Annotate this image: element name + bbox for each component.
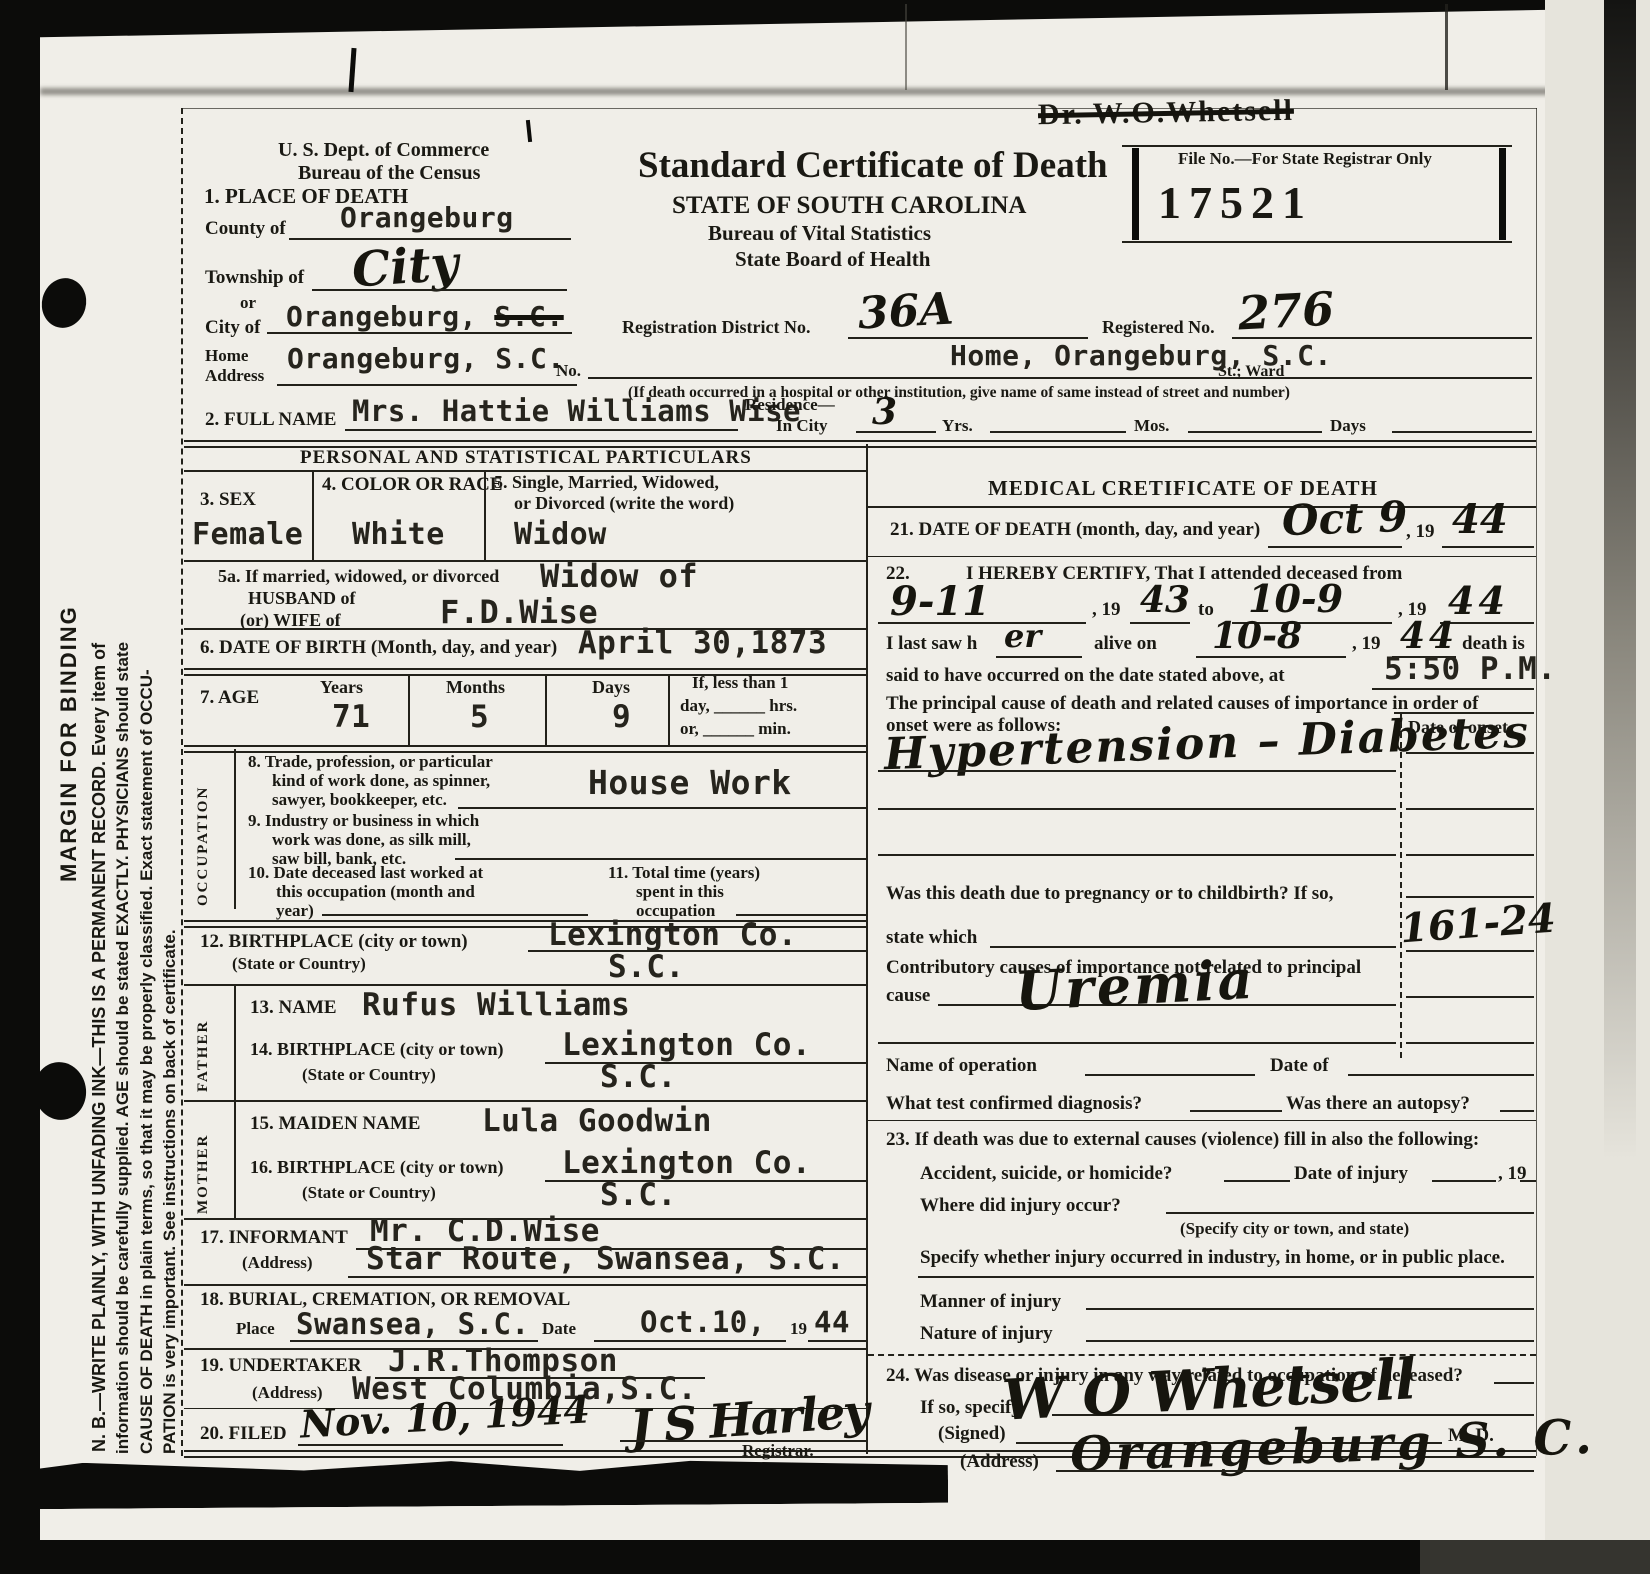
- bureau-line: Bureau of Vital Statistics: [708, 223, 931, 244]
- registered-no-label: Registered No.: [1102, 318, 1215, 336]
- registered-no-value: 276: [1237, 286, 1335, 337]
- stray-mark-1: [348, 48, 356, 92]
- file-box-left-bar: [1132, 148, 1139, 240]
- father-rule: [184, 1100, 866, 1102]
- test-line: [1190, 1110, 1282, 1112]
- race-value: White: [352, 520, 445, 550]
- or-label: or: [240, 294, 256, 311]
- yrs-line: [990, 431, 1126, 433]
- full-name-label: 2. FULL NAME: [205, 410, 336, 429]
- sex-row-rule: [184, 560, 866, 562]
- column-divider: [866, 444, 868, 1454]
- item17-address-label: (Address): [242, 1254, 313, 1271]
- cause-line-1: [878, 770, 1396, 772]
- file-box-bottom: [1122, 241, 1512, 243]
- item14-line: [545, 1062, 866, 1064]
- file-box-top: [1122, 145, 1512, 147]
- agency-line-1: U. S. Dept. of Commerce: [278, 140, 489, 160]
- home-label: Home: [205, 347, 248, 364]
- item21-label: 21. DATE OF DEATH (month, day, and year): [890, 520, 1260, 539]
- item10-label-2: this occupation (month and: [276, 883, 475, 900]
- margin-binding-label: MARGIN FOR BINDING: [58, 462, 80, 882]
- form-top-rule: [181, 108, 1537, 109]
- burial-date-value: Oct.10,: [640, 1308, 766, 1337]
- item17-address-value: Star Route, Swansea, S.C.: [366, 1244, 845, 1275]
- alive-date-handwritten: 10-8: [1212, 618, 1302, 654]
- item21-rule: [868, 556, 1536, 557]
- death-time-line: [1372, 688, 1534, 690]
- item9-label-1: 9. Industry or business in which: [248, 812, 479, 829]
- item11-label-1: 11. Total time (years): [608, 864, 760, 881]
- signed-label: (Signed): [938, 1424, 1006, 1443]
- item12-value-1: Lexington Co.: [548, 920, 797, 951]
- full-name-value: Mrs. Hattie Williams Wise: [352, 397, 801, 426]
- item9-line: [455, 858, 866, 860]
- city-value: Orangeburg, S.C.: [286, 303, 564, 331]
- item19-address-label: (Address): [252, 1384, 323, 1401]
- item10-label-3: year): [276, 902, 314, 919]
- filed-line: [298, 1444, 563, 1446]
- manner-line: [1086, 1308, 1534, 1310]
- item12-sub: (State or Country): [232, 955, 366, 972]
- age-less-1: If, less than 1: [692, 674, 788, 691]
- item8-line: [458, 807, 866, 809]
- city-label: City of: [205, 318, 260, 337]
- date-of-line: [1348, 1074, 1534, 1076]
- age-days-value: 9: [612, 702, 631, 733]
- marital-label-2: or Divorced (write the word): [514, 494, 734, 512]
- scan-bottom-band-right: [1420, 1540, 1650, 1574]
- file-box-label: File No.—For State Registrar Only: [1178, 150, 1432, 167]
- pregnancy-text: Was this death due to pregnancy or to ch…: [886, 884, 1333, 903]
- item5a-label-2: HUSBAND of: [248, 589, 356, 607]
- specify-whether-label: Specify whether injury occurred in indus…: [920, 1248, 1505, 1267]
- cause-line-3: [878, 854, 1396, 856]
- fold-line-1: [905, 4, 907, 90]
- mother-inner-rule: [234, 1102, 236, 1218]
- item21-line-2: [1442, 546, 1534, 548]
- dob-value: April 30,1873: [578, 628, 827, 659]
- burial-date-label: Date: [542, 1320, 576, 1337]
- autopsy-line: [1500, 1110, 1534, 1112]
- contributory-line-2: [878, 1042, 1396, 1044]
- sex-label: 3. SEX: [200, 490, 256, 509]
- item17-label: 17. INFORMANT: [200, 1228, 348, 1247]
- age-div-1: [408, 674, 410, 746]
- specify-whether-line: [918, 1276, 1534, 1278]
- item17-address-line: [348, 1276, 866, 1278]
- death-certificate-scan: MARGIN FOR BINDING N. B.—WRITE PLAINLY, …: [0, 0, 1650, 1574]
- item23-rule: [868, 1354, 1536, 1356]
- age-months-header: Months: [446, 678, 505, 696]
- age-label: 7. AGE: [200, 688, 259, 707]
- filed-date-handwritten: Nov. 10, 1944: [299, 1390, 590, 1443]
- item14-sub: (State or Country): [302, 1066, 436, 1083]
- marital-value: Widow: [514, 520, 607, 550]
- onset-header: Date of onset: [1408, 718, 1508, 736]
- item10-line: [322, 914, 588, 916]
- from-19: , 19: [1092, 600, 1121, 619]
- onset-line-2: [1406, 808, 1534, 810]
- item16-value-1: Lexington Co.: [562, 1148, 811, 1179]
- home-address-line: [277, 384, 577, 386]
- age-months-value: 5: [470, 702, 489, 733]
- attended-from-handwritten: 9-11: [890, 582, 990, 622]
- date-of-label: Date of: [1270, 1056, 1329, 1075]
- nature-line: [1086, 1340, 1534, 1342]
- file-number: 17521: [1158, 180, 1313, 226]
- home-address-value: Orangeburg, S.C.: [287, 345, 565, 373]
- item16-value-2: S.C.: [600, 1180, 677, 1211]
- item15-value: Lula Goodwin: [482, 1106, 712, 1137]
- age-years-value: 71: [332, 702, 370, 733]
- item20-label: 20. FILED: [200, 1424, 287, 1443]
- occupation-inner-rule: [234, 749, 236, 909]
- township-label: Township of: [205, 268, 304, 287]
- item13-value: Rufus Williams: [362, 990, 630, 1021]
- township-value-handwritten: City: [350, 239, 460, 294]
- item5a-label-1: 5a. If married, widowed, or divorced: [218, 567, 499, 585]
- item16-label: 16. BIRTHPLACE (city or town): [250, 1158, 504, 1176]
- item13-label: 13. NAME: [250, 998, 337, 1017]
- death-time-value: 5:50 P.M.: [1384, 654, 1556, 685]
- township-line: [312, 289, 567, 291]
- full-name-line: [345, 429, 738, 431]
- item19-label: 19. UNDERTAKER: [200, 1356, 362, 1375]
- item9-label-2: work was done, as silk mill,: [272, 831, 471, 848]
- agency-line-2: Bureau of the Census: [298, 163, 480, 183]
- in-city-label: In City: [776, 417, 827, 434]
- item12-line: [528, 950, 866, 952]
- medical-title-rule: [868, 506, 1536, 508]
- address-signed-line: [1056, 1470, 1534, 1472]
- autopsy-label: Was there an autopsy?: [1286, 1094, 1470, 1113]
- reg-district-label: Registration District No.: [622, 318, 810, 336]
- place-line: [290, 1340, 538, 1342]
- board-line: State Board of Health: [735, 249, 930, 270]
- days-label: Days: [1330, 417, 1366, 434]
- death-year-handwritten: 44: [1452, 500, 1508, 540]
- item23-label: 23. If death was due to external causes …: [886, 1130, 1479, 1149]
- date-injury-line: [1432, 1180, 1496, 1182]
- age-less-2: day, ______ hrs.: [680, 697, 797, 714]
- item8-label-1: 8. Trade, profession, or particular: [248, 753, 493, 770]
- margin-note-3: CAUSE OF DEATH in plain terms, so that i…: [138, 162, 155, 1454]
- item14-label: 14. BIRTHPLACE (city or town): [250, 1040, 504, 1058]
- nature-label: Nature of injury: [920, 1324, 1053, 1343]
- item10-label-1: 10. Date deceased last worked at: [248, 864, 483, 881]
- ink-blob-top: [36, 273, 91, 333]
- place-value: Swansea, S.C.: [296, 1310, 529, 1339]
- city-name: Orangeburg,: [286, 300, 477, 333]
- age-div-3: [668, 674, 670, 746]
- file-box-right-bar: [1499, 148, 1506, 240]
- onset-line-7: [1406, 1042, 1534, 1044]
- item11-label-2: spent in this: [636, 883, 724, 900]
- mos-line: [1188, 431, 1322, 433]
- date-injury-label: Date of injury: [1294, 1164, 1408, 1183]
- father-inner-rule: [234, 986, 236, 1100]
- place-label: Place: [236, 1320, 275, 1337]
- scan-bottom-band-left: [28, 1457, 948, 1509]
- days-line: [1392, 431, 1532, 433]
- onset-box-left-dashed: [1400, 712, 1402, 1058]
- cause-line-2: [878, 808, 1396, 810]
- death-date-handwritten: Oct 9: [1281, 496, 1408, 542]
- age-years-header: Years: [320, 678, 363, 696]
- last-saw-text: I last saw h: [886, 634, 977, 653]
- scan-left-band: [0, 0, 40, 1574]
- registrar-label: Registrar.: [742, 1442, 814, 1459]
- onset-line-6: [1406, 996, 1534, 998]
- address-label: Address: [205, 367, 264, 384]
- from-year-line: [1130, 622, 1190, 624]
- item8-label-2: kind of work done, as spinner,: [272, 772, 490, 789]
- mos-label: Mos.: [1134, 417, 1169, 434]
- onset-value-handwritten: 161-24: [1399, 899, 1557, 950]
- no-label: No.: [556, 362, 581, 379]
- alive-19: , 19: [1352, 634, 1381, 653]
- principal-text-1: The principal cause of death and related…: [886, 694, 1479, 713]
- to-date-handwritten: 10-9: [1248, 580, 1343, 618]
- county-value: Orangeburg: [340, 204, 514, 232]
- onset-box-top: [1394, 712, 1534, 714]
- onset-line-1: [1406, 752, 1534, 754]
- where-injury-label: Where did injury occur?: [920, 1196, 1121, 1215]
- state-which-text: state which: [886, 928, 977, 947]
- item8-label-3: sawyer, bookkeeper, etc.: [272, 791, 447, 808]
- specify-city-label: (Specify city or town, and state): [1180, 1220, 1409, 1237]
- item15-label: 15. MAIDEN NAME: [250, 1114, 420, 1133]
- age-div-2: [545, 674, 547, 746]
- test-label: What test confirmed diagnosis?: [886, 1094, 1142, 1113]
- in-city-line: [856, 431, 936, 433]
- item16-sub: (State or Country): [302, 1184, 436, 1201]
- scan-top-band: [0, 0, 1650, 40]
- age-less-3: or, ______ min.: [680, 720, 791, 737]
- scan-right-streak: [1604, 0, 1636, 1160]
- operation-line: [1085, 1074, 1255, 1076]
- contributory-handwritten: Uremia: [1014, 952, 1257, 1019]
- sex-race-divider: [312, 470, 314, 562]
- fold-line-2: [1445, 4, 1448, 90]
- reg-district-value: 36A: [857, 288, 955, 337]
- state-line: STATE OF SOUTH CAROLINA: [672, 193, 1026, 218]
- item14-value-1: Lexington Co.: [562, 1030, 811, 1061]
- mother-side-label: MOTHER: [196, 1118, 211, 1214]
- state-which-line: [990, 946, 1396, 948]
- item24-line: [1494, 1382, 1534, 1384]
- in-city-value: 3: [872, 394, 897, 430]
- residence-label: Residence—: [745, 396, 835, 413]
- item16-line: [545, 1180, 866, 1182]
- item5a-label-3: (or) WIFE of: [240, 611, 341, 629]
- institution-value: Home, Orangeburg, S.C.: [950, 342, 1332, 370]
- item17-rule: [184, 1284, 866, 1286]
- injury-19-line: [1520, 1180, 1536, 1182]
- alive-year-handwritten: 44: [1400, 618, 1458, 654]
- race-marital-divider: [484, 470, 486, 562]
- personal-section-title: PERSONAL AND STATISTICAL PARTICULARS: [300, 448, 752, 467]
- county-label: County of: [205, 219, 286, 238]
- item21-19: , 19: [1406, 522, 1435, 541]
- sex-value: Female: [192, 520, 303, 550]
- certificate-title: Standard Certificate of Death: [638, 147, 1108, 184]
- where-injury-line: [1166, 1212, 1534, 1214]
- scan-smudge-line: [40, 88, 1650, 95]
- race-label: 4. COLOR OR RACE: [322, 475, 503, 494]
- operation-label: Name of operation: [886, 1056, 1037, 1075]
- item11-line: [736, 914, 866, 916]
- marital-label-1: 5. Single, Married, Widowed,: [494, 473, 719, 491]
- father-side-label: FATHER: [196, 1000, 211, 1092]
- yrs-label: Yrs.: [942, 417, 973, 434]
- stray-mark-2: [526, 120, 532, 142]
- age-days-header: Days: [592, 678, 630, 696]
- item12-rule: [184, 984, 866, 986]
- burial-year-line: [808, 1340, 866, 1342]
- attended-from-line: [878, 622, 1086, 624]
- city-line: [267, 332, 572, 334]
- item5a-value-2: F.D.Wise: [440, 596, 598, 628]
- item12-label: 12. BIRTHPLACE (city or town): [200, 932, 468, 951]
- scan-bottom-band: [0, 1540, 1420, 1574]
- accident-label: Accident, suicide, or homicide?: [920, 1164, 1172, 1183]
- item14-value-2: S.C.: [600, 1062, 677, 1093]
- from-year-handwritten: 43: [1140, 582, 1190, 618]
- her-handwritten: er: [1004, 620, 1041, 652]
- manner-label: Manner of injury: [920, 1292, 1061, 1311]
- city-struck-state: S.C.: [494, 300, 563, 333]
- crossed-doctor-name: Dr. W.O.Whetsell: [1038, 96, 1294, 130]
- item21-line-1: [1268, 546, 1402, 548]
- item8-value: House Work: [588, 766, 792, 799]
- street-line: [588, 377, 1532, 379]
- occurred-text: said to have occurred on the date stated…: [886, 666, 1285, 685]
- burial-19-label: 19: [790, 1320, 807, 1337]
- dob-label: 6. DATE OF BIRTH (Month, day, and year): [200, 638, 557, 657]
- form-right-border: [1536, 108, 1537, 1456]
- item5a-value-1: Widow of: [540, 560, 698, 592]
- alive-date-line: [1196, 656, 1346, 658]
- burial-year-value: 44: [814, 1308, 850, 1337]
- item22-rule: [868, 1120, 1536, 1121]
- address-signed-label: (Address): [960, 1452, 1039, 1471]
- occupation-side-label: OCCUPATION: [196, 756, 211, 906]
- item12-value-2: S.C.: [608, 952, 685, 983]
- her-line: [996, 656, 1082, 658]
- onset-line-3: [1406, 854, 1534, 856]
- cause-word-label: cause: [886, 986, 930, 1005]
- margin-note-4: PATION is very important. See instructio…: [161, 438, 178, 1454]
- alive-on-text: alive on: [1094, 634, 1157, 653]
- margin-note-2: information should be carefully supplied…: [114, 130, 131, 1454]
- burial-date-line: [594, 1340, 786, 1342]
- margin-note-1: N. B.—WRITE PLAINLY, WITH UNFADING INK—T…: [90, 122, 108, 1452]
- form-left-border: [181, 108, 183, 1456]
- accident-line: [1224, 1180, 1290, 1182]
